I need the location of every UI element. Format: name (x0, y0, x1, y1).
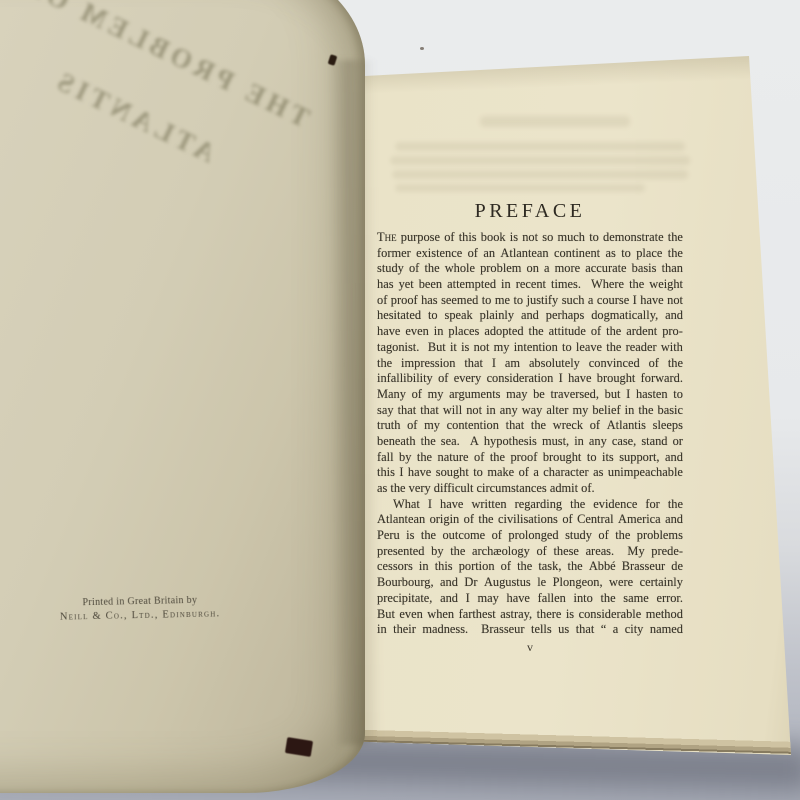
body-line: studyofthewholeproblemonamoreaccuratebas… (377, 261, 683, 277)
body-line: ofproofhasseemedtometojustifysuchacourse… (377, 293, 683, 309)
show-through-smudge (392, 170, 688, 179)
body-line: Thepurposeofthisbookisnotsomuchtodemonst… (377, 230, 683, 246)
body-line: hasyetbeenattemptedinrecenttimes.Whereth… (377, 277, 683, 293)
body-line: hesitatedtospeakplainlyandperhapsdogmati… (377, 308, 683, 324)
body-line: truthofmycontentionthatthewreckofAtlanti… (377, 418, 683, 434)
body-line: tagonist.Butitisnotmyintentiontoleavethe… (377, 340, 683, 356)
show-through-smudge (480, 116, 630, 127)
page-number: v (377, 640, 683, 655)
body-line: Bourbourg,andDrAugustuslePlongeon,werece… (377, 575, 683, 591)
body-line: Butevenwhenfarthestastray,thereisconside… (377, 607, 683, 623)
body-line: cessorsinthisportionofthetask,theAbbéBra… (377, 559, 683, 575)
body-line: theimpressionthatIamabsolutelyconvincedo… (377, 356, 683, 372)
show-through-smudge (395, 184, 645, 192)
body-line: haveeveninplacesadoptedtheattitudeofthea… (377, 324, 683, 340)
dust-speck (420, 47, 424, 50)
gutter-shadow (326, 60, 381, 745)
body-line: as the very difficult circumstances admi… (377, 481, 683, 497)
show-through-smudge (395, 142, 685, 151)
body-line: WhatIhavewrittenregardingtheevidencefort… (377, 497, 683, 513)
preface-heading: PREFACE (377, 200, 683, 223)
body-line: presentedbythearchæologyoftheseareas.Myp… (377, 544, 683, 560)
body-line: Manyofmyargumentsmaybetraversed,butIhast… (377, 387, 683, 403)
open-book-photo: PREFACE Thepurposeofthisbookisnotsomucht… (0, 0, 800, 800)
body-line: thisIhavesoughttomakeofacharacterasunimp… (377, 465, 683, 481)
body-line: AtlanteanoriginofthecivilisationsofCentr… (377, 512, 683, 528)
body-line: infallibilityofeveryconsiderationIhavebr… (377, 371, 683, 387)
body-line: fallbythenatureoftheproofbroughttoitssup… (377, 450, 683, 466)
body-line: formerexistenceofanAtlanteancontinentast… (377, 246, 683, 262)
imprint-line: Neill & Co., Ltd., Edinburgh. (0, 607, 280, 624)
preface-body: Thepurposeofthisbookisnotsomuchtodemonst… (377, 230, 683, 638)
body-line: beneaththesea.Ahypothesismust,inanycase,… (377, 434, 683, 450)
body-line: Peruistheoutcomeofprolongedstudyofthepro… (377, 528, 683, 544)
body-line: intheirmadness.Brasseurtellsusthat“acity… (377, 622, 683, 638)
printer-imprint: Printed in Great Britain by Neill & Co.,… (0, 593, 280, 624)
left-page: THE PROBLEM OF ATLANTIS Printed in Great… (0, 0, 365, 793)
body-line: saythatthatwillnotinanywayaltermybeliefi… (377, 403, 683, 419)
show-through-smudge (390, 156, 690, 165)
body-line: precipitate,andImayhavefallenintothesame… (377, 591, 683, 607)
